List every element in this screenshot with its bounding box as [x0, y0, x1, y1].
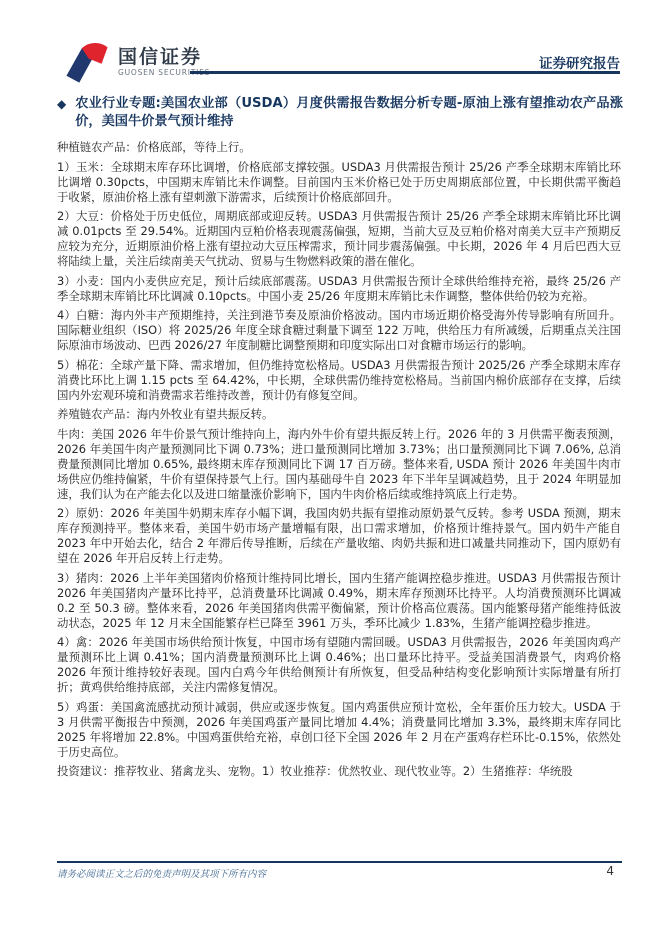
para-pork: 3）猪肉：2026 上半年美国猪肉价格预计维持同比增长，国内生猪产能调控稳步推进…: [57, 571, 621, 631]
para-beef: 牛肉：美国 2026 年牛价景气预计维持向上，海内外牛价有望共振反转上行。202…: [57, 427, 621, 502]
guosen-logo-icon: [63, 39, 111, 85]
para-planting-intro: 种植链农产品：价格底部，等待上行。: [57, 140, 621, 155]
article-title: 农业行业专题:美国农业部（USDA）月度供需报告数据分析专题-原油上涨有望推动农…: [75, 95, 623, 131]
para-poultry: 4）禽：2026 年美国市场供给预计恢复，中国市场有望随内需回暖。USDA3 月…: [57, 635, 621, 695]
diamond-bullet-icon: ◆: [57, 95, 66, 131]
para-egg: 5）鸡蛋：美国禽流感扰动预计减弱，供应或逐步恢复。国内鸡蛋供应预计宽松，全年蛋价…: [57, 700, 621, 760]
footer-disclaimer: 请务必阅读正文之后的免责声明及其项下所有内容: [57, 866, 266, 880]
para-wheat: 3）小麦：国内小麦供应充足，预计后续底部震荡。USDA3 月供需报告预计全球供给…: [57, 274, 621, 304]
para-cotton: 5）棉花：全球产量下降、需求增加，但仍维持宽松格局。USDA3 月供需报告预计 …: [57, 358, 621, 403]
page-number: 4: [606, 864, 614, 878]
report-page: 国信证券 GUOSEN SECURITIES 证券研究报告 ◆ 农业行业专题:美…: [0, 0, 662, 936]
report-type-label: 证券研究报告: [539, 52, 620, 72]
para-soybean: 2）大豆：价格处于历史低位，周期底部或迎反转。USDA3 月供需报告预计 25/…: [57, 209, 621, 269]
para-investment-advice: 投资建议：推荐牧业、猪禽龙头、宠物。1）牧业推荐：优然牧业、现代牧业等。2）生猪…: [57, 764, 621, 779]
para-breeding-intro: 养殖链农产品：海内外牧业有望共振反转。: [57, 407, 621, 422]
report-body: 种植链农产品：价格底部，等待上行。 1）玉米：全球期末库存环比调增，价格底部支撑…: [57, 140, 621, 784]
para-sugar: 4）白糖：海内外丰产预期维持，关注到港节奏及原油价格波动。国内市场近期价格受海外…: [57, 308, 621, 353]
para-raw-milk: 2）原奶：2026 年美国牛奶期末库存小幅下调，我国肉奶共振有望推动原奶景气反转…: [57, 506, 621, 566]
article-title-block: ◆ 农业行业专题:美国农业部（USDA）月度供需报告数据分析专题-原油上涨有望推…: [57, 95, 623, 131]
guosen-logo: 国信证券 GUOSEN SECURITIES: [63, 39, 210, 85]
para-corn: 1）玉米：全球期末库存环比调增，价格底部支撑较强。USDA3 月供需报告预计 2…: [57, 160, 621, 205]
header-divider: [190, 71, 620, 74]
brand-name-cn: 国信证券: [118, 46, 210, 68]
footer-divider: [57, 861, 622, 863]
